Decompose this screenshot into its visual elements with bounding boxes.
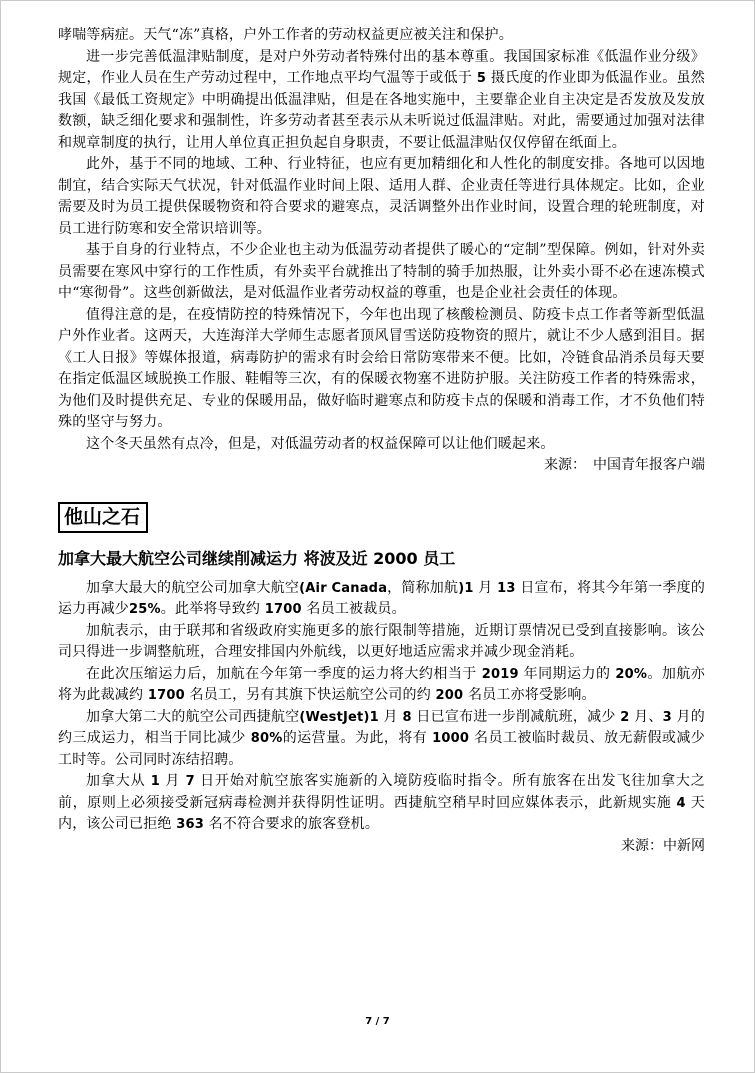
- paragraph: 加拿大从 1 月 7 日开始对航空旅客实施新的入境防疫临时指令。所有旅客在出发飞…: [58, 771, 705, 836]
- section-header-label: 他山之石: [64, 506, 140, 528]
- paragraph: 值得注意的是，在疫情防控的特殊情况下，今年也出现了核酸检测员、防疫卡点工作者等新…: [58, 305, 705, 434]
- paragraph: 基于自身的行业特点，不少企业也主动为低温劳动者提供了暖心的“定制”型保障。例如，…: [58, 240, 705, 305]
- article2-source: 来源：中新网: [58, 836, 705, 858]
- paragraph: 加拿大最大的航空公司加拿大航空(Air Canada，简称加航)1 月 13 日…: [58, 578, 705, 621]
- document-page: 哮喘等病症。天气“冻”真格，户外工作者的劳动权益更应被关注和保护。 进一步完善低…: [0, 0, 755, 1073]
- paragraph: 加拿大第二大的航空公司西捷航空(WestJet)1 月 8 日已宣布进一步削减航…: [58, 707, 705, 772]
- paragraph: 此外，基于不同的地域、工种、行业特征，也应有更加精细化和人性化的制度安排。各地可…: [58, 154, 705, 240]
- paragraph: 这个冬天虽然有点冷，但是，对低温劳动者的权益保障可以让他们暖起来。: [58, 434, 705, 456]
- article2-headline: 加拿大最大航空公司继续削减运力 将波及近 2000 员工: [58, 548, 705, 569]
- paragraph: 在此次压缩运力后，加航在今年第一季度的运力将大约相当于 2019 年同期运力的 …: [58, 664, 705, 707]
- article1-source: 来源： 中国青年报客户端: [58, 455, 705, 477]
- article1-paragraphs: 进一步完善低温津贴制度，是对户外劳动者特殊付出的基本尊重。我国国家标准《低温作业…: [58, 47, 705, 456]
- page-footer: 7 / 7: [1, 1009, 754, 1028]
- article2-paragraphs: 加拿大最大的航空公司加拿大航空(Air Canada，简称加航)1 月 13 日…: [58, 578, 705, 836]
- article1-intro-paragraph: 哮喘等病症。天气“冻”真格，户外工作者的劳动权益更应被关注和保护。: [58, 25, 705, 47]
- page-number: 7 / 7: [365, 1016, 390, 1027]
- paragraph: 加航表示，由于联邦和省级政府实施更多的旅行限制等措施，近期订票情况已受到直接影响…: [58, 621, 705, 664]
- section-header-box: 他山之石: [58, 502, 148, 533]
- paragraph: 进一步完善低温津贴制度，是对户外劳动者特殊付出的基本尊重。我国国家标准《低温作业…: [58, 47, 705, 155]
- page-content: 哮喘等病症。天气“冻”真格，户外工作者的劳动权益更应被关注和保护。 进一步完善低…: [1, 1, 754, 857]
